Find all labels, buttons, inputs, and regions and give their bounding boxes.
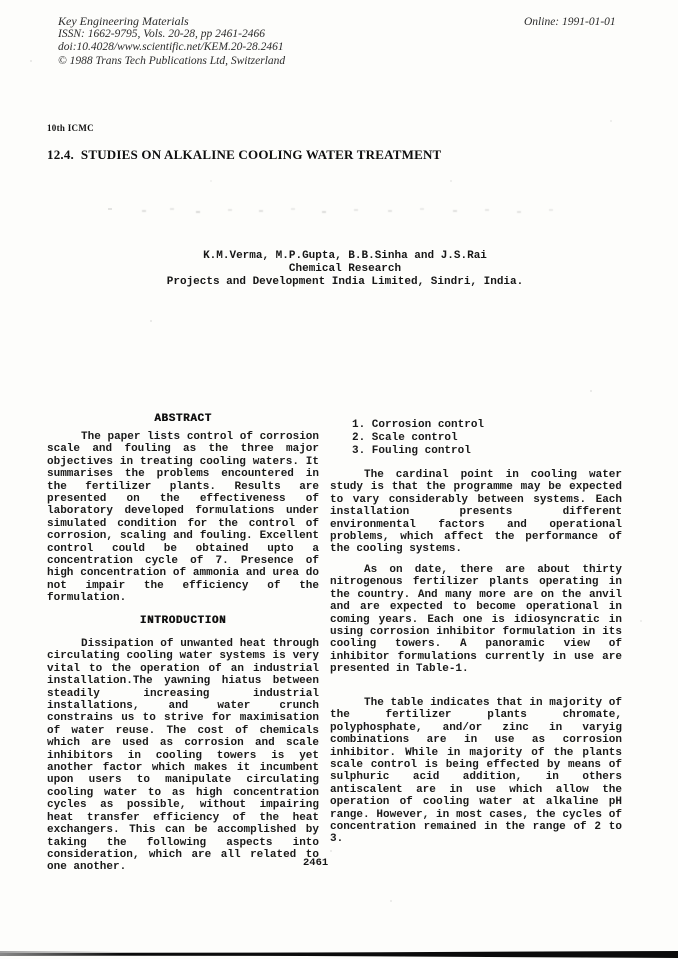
online-date: Online: 1991-01-01 [524,16,616,28]
authors-line: K.M.Verma, M.P.Gupta, B.B.Sinha and J.S.… [120,250,570,263]
right-paragraph-1: The cardinal point in cooling water stud… [330,469,622,556]
author-block: K.M.Verma, M.P.Gupta, B.B.Sinha and J.S.… [120,250,570,290]
scan-edge-bar-fade [0,951,120,955]
article-title: 12.4. STUDIES ON ALKALINE COOLING WATER … [47,147,467,163]
objective-item-fouling: 3. Fouling control [330,445,622,458]
scan-smudge [108,208,112,210]
right-paragraph-3: The table indicates that in majority of … [330,697,622,846]
journal-header: Key Engineering Materials ISSN: 1662-979… [58,15,285,68]
affiliation-line: Projects and Development India Limited, … [120,276,570,289]
department-line: Chemical Research [120,263,570,276]
objective-item-scale: 2. Scale control [330,432,622,445]
scan-speckles [30,60,32,62]
introduction-paragraph: Dissipation of unwanted heat through cir… [47,638,319,874]
journal-issn-line: ISSN: 1662-9795, Vols. 20-28, pp 2461-24… [58,28,285,41]
objectives-list: 1. Corrosion control 2. Scale control 3.… [330,419,622,458]
abstract-heading: ABSTRACT [47,413,319,425]
page-number: 2461 [303,857,328,869]
journal-title: Key Engineering Materials [58,15,285,28]
right-paragraph-2: As on date, there are about thirty nitro… [330,564,622,676]
abstract-paragraph: The paper lists control of corrosion sca… [47,431,319,605]
objective-item-corrosion: 1. Corrosion control [330,419,622,432]
introduction-heading: INTRODUCTION [47,615,319,627]
scanned-paper-page: Key Engineering Materials ISSN: 1662-979… [0,0,678,959]
journal-copyright-line: © 1988 Trans Tech Publications Ltd, Swit… [58,55,285,68]
journal-doi-line: doi:10.4028/www.scientific.net/KEM.20-28… [58,41,285,54]
conference-tag: 10th ICMC [47,123,94,133]
